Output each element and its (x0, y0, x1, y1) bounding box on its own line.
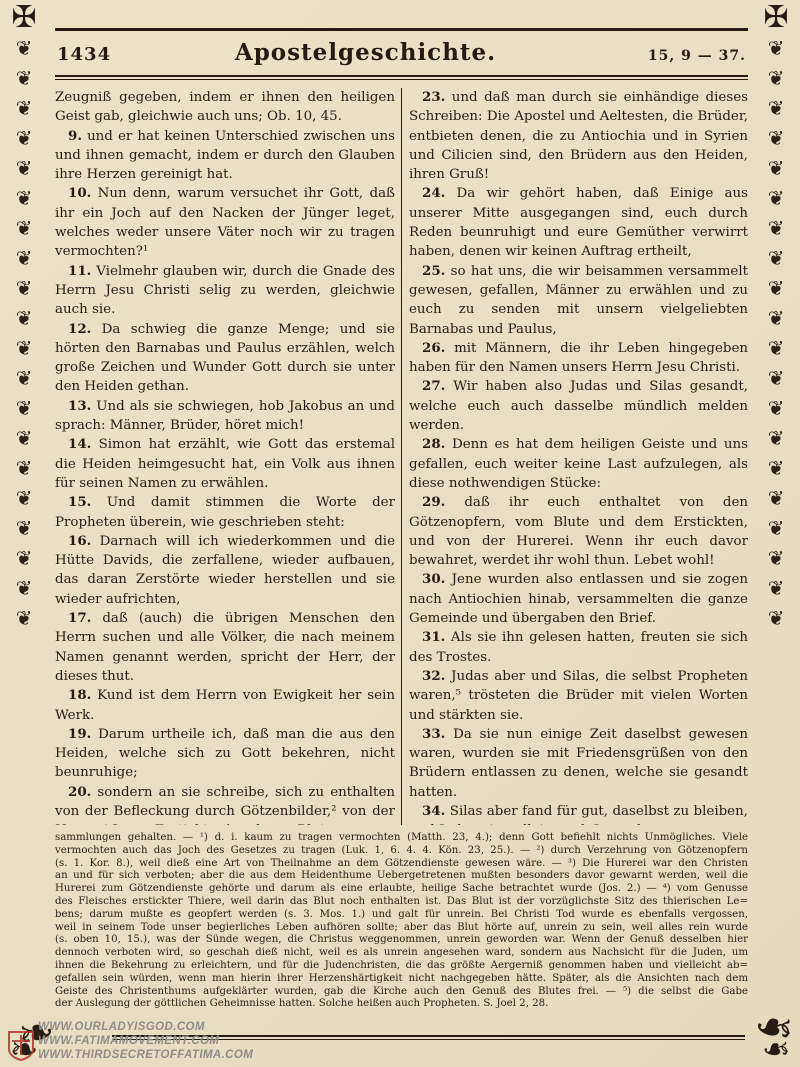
left-column: Zeugniß gegeben, indem er ihnen den heil… (55, 88, 401, 825)
verse-text: und daß man durch sie einhändige dieses … (409, 90, 748, 182)
scanned-bible-page: ✠ ❦❦❦❦❦❦❦❦❦❦❦❦❦❦❦❦❦❦❦❦ ❧ ✠ ❦❦❦❦❦❦❦❦❦❦❦❦❦… (0, 0, 800, 1067)
verse-text: daß ihr euch enthaltet von den Götzenopf… (409, 495, 748, 568)
verse-number: 34. (422, 803, 445, 819)
verse-text: sondern an sie schreibe, sich zu enthalt… (55, 785, 395, 825)
chapter-verse-range: 15, 9 — 37. (648, 48, 746, 64)
watermark-line: WWW.OURLADYISGOD.COM (38, 1020, 253, 1034)
verse: 9. und er hat keinen Unterschied zwische… (55, 127, 395, 185)
verse-text: Denn es hat dem heiligen Geiste und uns … (409, 437, 748, 491)
verse-text: Kund ist dem Herrn von Ewigkeit her sein… (55, 688, 395, 722)
page-content: 1434 Apostelgeschichte. 15, 9 — 37. Zeug… (55, 28, 748, 1011)
footnote-line: Geiste des Christenthums aufgeklärter wu… (55, 986, 748, 999)
footnote-line: ihnen die Bekehrung zu erleichtern, und … (55, 960, 748, 973)
verse-number: 14. (68, 436, 91, 452)
footnote-line: bens; darum mußte es geopfert werden (s.… (55, 909, 748, 922)
verse-number: 17. (68, 610, 91, 626)
top-right-cross-icon: ✠ (763, 0, 788, 36)
verse-text: Darum urtheile ich, daß man die aus den … (55, 727, 395, 781)
verse: 20. sondern an sie schreibe, sich zu ent… (55, 783, 395, 825)
page-title: Apostelgeschichte. (235, 39, 496, 66)
right-verses: 23. und daß man durch sie einhändige die… (409, 88, 748, 825)
verse: 13. Und als sie schwiegen, hob Jakobus a… (55, 397, 395, 436)
watermark-line: WWW.THIRDSECRETOFFATIMA.COM (38, 1048, 253, 1062)
page-number: 1434 (57, 44, 111, 65)
verse-text: Silas aber fand für gut, daselbst zu ble… (409, 804, 748, 825)
verse-number: 11. (68, 263, 91, 279)
verse-number: 28. (422, 436, 445, 452)
verse-text: Vielmehr glauben wir, durch die Gnade de… (55, 264, 395, 318)
verse-text: Und als sie schwiegen, hob Jakobus an un… (55, 399, 395, 433)
verse: 28. Denn es hat dem heiligen Geiste und … (409, 435, 748, 493)
verse-number: 16. (68, 533, 91, 549)
verse-text: Jene wurden also entlassen und sie zogen… (409, 572, 748, 626)
right-scrollwork-pillar: ❦❦❦❦❦❦❦❦❦❦❦❦❦❦❦❦❦❦❦❦ (753, 36, 799, 1033)
right-ornamental-border: ✠ ❦❦❦❦❦❦❦❦❦❦❦❦❦❦❦❦❦❦❦❦ ❧ (752, 0, 800, 1067)
verse: 29. daß ihr euch enthaltet von den Götze… (409, 493, 748, 570)
verse: 25. so hat uns, die wir beisammen versam… (409, 262, 748, 339)
footnote-line: (s. 1. Kor. 8.), weil dieß eine Art von … (55, 858, 748, 871)
verse: 26. mit Männern, die ihr Leben hingegebe… (409, 339, 748, 378)
verse: 34. Silas aber fand für gut, daselbst zu… (409, 802, 748, 825)
footnote-line: dennoch verboten wird, so geschah dieß n… (55, 947, 748, 960)
verse: 31. Als sie ihn gelesen hatten, freuten … (409, 628, 748, 667)
verse-number: 33. (422, 726, 445, 742)
verse-text: mit Männern, die ihr Leben hingegeben ha… (409, 341, 748, 375)
verse: 33. Da sie nun einige Zeit daselbst gewe… (409, 725, 748, 802)
verse-number: 19. (68, 726, 91, 742)
verse-text: Simon hat erzählt, wie Gott das erstemal… (55, 437, 395, 491)
left-scrollwork-pillar: ❦❦❦❦❦❦❦❦❦❦❦❦❦❦❦❦❦❦❦❦ (1, 36, 47, 1033)
verse-number: 32. (422, 668, 445, 684)
verse: 30. Jene wurden also entlassen und sie z… (409, 570, 748, 628)
verse: 10. Nun denn, warum versuchet ihr Gott, … (55, 184, 395, 261)
verse-text: daß (auch) die übrigen Menschen den Herr… (55, 611, 395, 684)
verse-number: 27. (422, 378, 445, 394)
verse-text: Und damit stimmen die Worte der Prophete… (55, 495, 395, 529)
running-header: 1434 Apostelgeschichte. 15, 9 — 37. (55, 31, 748, 75)
footnote-line: weil in seinem Tode unser begierliches L… (55, 922, 748, 935)
verse-number: 13. (68, 398, 91, 414)
footnote-line: gefallen sein würden, wenn man hierin ih… (55, 973, 748, 986)
verse-number: 15. (68, 494, 91, 510)
footnote-line: der Auslegung der göttlichen Geheimnisse… (55, 998, 748, 1011)
verse-number: 29. (422, 494, 445, 510)
verse-text: Da sie nun einige Zeit daselbst gewesen … (409, 727, 748, 800)
verse: 17. daß (auch) die übrigen Menschen den … (55, 609, 395, 686)
verse: 12. Da schwieg die ganze Menge; und sie … (55, 320, 395, 397)
verse-text: Nun denn, warum versuchet ihr Gott, daß … (55, 186, 395, 259)
verse-text: Judas aber und Silas, die selbst Prophet… (409, 669, 748, 723)
verse-number: 9. (68, 128, 82, 144)
verse: 24. Da wir gehört haben, daß Einige aus … (409, 184, 748, 261)
verse-text: so hat uns, die wir beisammen versammelt… (409, 264, 748, 337)
verse: 14. Simon hat erzählt, wie Gott das erst… (55, 435, 395, 493)
verse-number: 10. (68, 185, 91, 201)
verse-number: 20. (68, 784, 91, 800)
right-column: 23. und daß man durch sie einhändige die… (402, 88, 748, 825)
verse-text: Da schwieg die ganze Menge; und sie hört… (55, 322, 395, 395)
verse: 32. Judas aber und Silas, die selbst Pro… (409, 667, 748, 725)
top-left-cross-icon: ✠ (11, 0, 36, 36)
verse-text: und er hat keinen Unterschied zwischen u… (55, 129, 395, 183)
verse-text: Wir haben also Judas und Silas gesandt, … (409, 379, 748, 433)
verse-continuation: Zeugniß gegeben, indem er ihnen den heil… (55, 88, 395, 127)
verse-number: 23. (422, 89, 445, 105)
header-rule (55, 75, 748, 80)
verse-text: Darnach will ich wiederkommen und die Hü… (55, 534, 395, 607)
verse: 27. Wir haben also Judas und Silas gesan… (409, 377, 748, 435)
verse: 15. Und damit stimmen die Worte der Prop… (55, 493, 395, 532)
verse-text: Als sie ihn gelesen hatten, freuten sie … (409, 630, 748, 664)
footnote-line: an und für sich verboten; aber die aus d… (55, 870, 748, 883)
footnote-line: vermochten auch das Joch des Gesetzes zu… (55, 845, 748, 858)
verse: 19. Darum urtheile ich, daß man die aus … (55, 725, 395, 783)
watermark: WWW.OURLADYISGOD.COM WWW.FATIMAMOVEMENT.… (38, 1020, 253, 1062)
footnotes-block: sammlungen gehalten. — ¹) d. i. kaum zu … (55, 832, 748, 1011)
verse: 23. und daß man durch sie einhändige die… (409, 88, 748, 184)
footnote-line: (s. oben 10, 15.), was der Sünde wegen, … (55, 934, 748, 947)
verse-number: 24. (422, 185, 445, 201)
verse-number: 12. (68, 321, 91, 337)
verse: 16. Darnach will ich wiederkommen und di… (55, 532, 395, 609)
verse-number: 26. (422, 340, 445, 356)
footnote-line: sammlungen gehalten. — ¹) d. i. kaum zu … (55, 832, 748, 845)
verse-text: Da wir gehört haben, daß Einige aus unse… (409, 186, 748, 259)
left-ornamental-border: ✠ ❦❦❦❦❦❦❦❦❦❦❦❦❦❦❦❦❦❦❦❦ ❧ (0, 0, 48, 1067)
footnote-line: des Fleisches erstickter Thiere, weil da… (55, 896, 748, 909)
verse-number: 25. (422, 263, 445, 279)
verse-number: 18. (68, 687, 91, 703)
verse-number: 31. (422, 629, 445, 645)
scripture-body: Zeugniß gegeben, indem er ihnen den heil… (55, 88, 748, 825)
left-verses: 9. und er hat keinen Unterschied zwische… (55, 127, 395, 825)
verse: 18. Kund ist dem Herrn von Ewigkeit her … (55, 686, 395, 725)
watermark-line: WWW.FATIMAMOVEMENT.COM (38, 1034, 253, 1048)
footnote-line: Hurerei zum Götzendienste gehörte und da… (55, 883, 748, 896)
verse-number: 30. (422, 571, 445, 587)
fatima-shield-icon (8, 1031, 34, 1061)
verse: 11. Vielmehr glauben wir, durch die Gnad… (55, 262, 395, 320)
